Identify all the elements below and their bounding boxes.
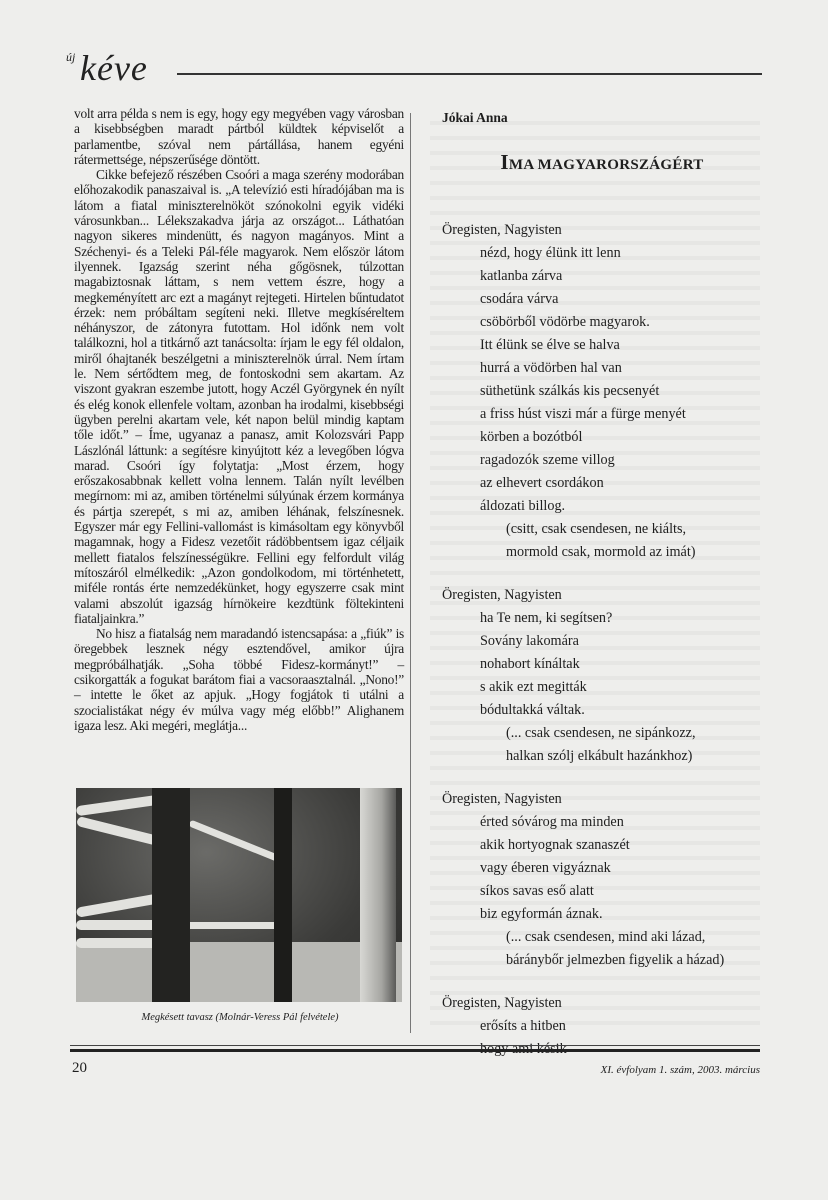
article-paragraph: volt arra példa s nem is egy, hogy egy m… bbox=[74, 106, 404, 167]
poem-line: Sovány lakomára bbox=[442, 630, 762, 653]
poem-line: hurrá a vödörben hal van bbox=[442, 357, 762, 380]
poem-refrain-line: (... csak csendesen, ne sipánkozz, bbox=[442, 722, 762, 745]
poem-title: IMA MAGYARORSZÁGÉRT bbox=[442, 150, 762, 175]
poem-title-rest: MA MAGYARORSZÁGÉRT bbox=[509, 157, 704, 173]
poem-refrain-line: báránybőr jelmezben figyelik a házad) bbox=[442, 949, 762, 972]
left-column-article: volt arra példa s nem is egy, hogy egy m… bbox=[74, 106, 404, 733]
poem-line: erősíts a hitben bbox=[442, 1015, 762, 1038]
poem-line: Öregisten, Nagyisten bbox=[442, 219, 762, 242]
poem-line: körben a bozótból bbox=[442, 426, 762, 449]
photo-figure: Megkésett tavasz (Molnár-Veress Pál felv… bbox=[74, 784, 406, 1014]
poem-refrain-line: (csitt, csak csendesen, ne kiálts, bbox=[442, 518, 762, 541]
poem-line: akik hortyognak szanaszét bbox=[442, 834, 762, 857]
poem-stanza: Öregisten, Nagyisten érted sóvárog ma mi… bbox=[442, 788, 762, 972]
page-number: 20 bbox=[72, 1060, 87, 1077]
poem-title-initial: I bbox=[500, 150, 508, 174]
poem-line: síkos savas eső alatt bbox=[442, 880, 762, 903]
poem-line: a friss húst viszi már a fürge menyét bbox=[442, 403, 762, 426]
poem-line: Öregisten, Nagyisten bbox=[442, 788, 762, 811]
poem-refrain-line: mormold csak, mormold az imát) bbox=[442, 541, 762, 564]
masthead-rule bbox=[177, 73, 762, 75]
snowy-trees-photo bbox=[76, 788, 402, 1002]
poem-line: csodára várva bbox=[442, 288, 762, 311]
poem-line: csöbörből vödörbe magyarok. bbox=[442, 311, 762, 334]
poem-line: ragadozók szeme villog bbox=[442, 449, 762, 472]
masthead: új kéve bbox=[62, 48, 762, 88]
column-divider bbox=[410, 113, 411, 1033]
poem-line: Itt élünk se élve se halva bbox=[442, 334, 762, 357]
poem-line: s akik ezt megitták bbox=[442, 676, 762, 699]
poem-line: ha Te nem, ki segítsen? bbox=[442, 607, 762, 630]
poem-author: Jókai Anna bbox=[442, 110, 762, 126]
poem-line: nézd, hogy élünk itt lenn bbox=[442, 242, 762, 265]
poem-stanza: Öregisten, Nagyisten nézd, hogy élünk it… bbox=[442, 219, 762, 564]
poem-line: az elhevert csordákon bbox=[442, 472, 762, 495]
footer-rule-thin bbox=[70, 1045, 760, 1046]
poem-line: bódultakká váltak. bbox=[442, 699, 762, 722]
footer-rule-thick bbox=[70, 1049, 760, 1052]
article-paragraph: Cikke befejező részében Csoóri a maga sz… bbox=[74, 167, 404, 626]
poem-refrain-line: (... csak csendesen, mind aki lázad, bbox=[442, 926, 762, 949]
masthead-logo: kéve bbox=[80, 48, 148, 88]
poem-stanza: Öregisten, Nagyisten ha Te nem, ki segít… bbox=[442, 584, 762, 768]
poem-refrain-line: halkan szólj elkábult hazánkhoz) bbox=[442, 745, 762, 768]
masthead-small-text: új bbox=[66, 50, 75, 65]
poem-line: katlanba zárva bbox=[442, 265, 762, 288]
photo-caption: Megkésett tavasz (Molnár-Veress Pál felv… bbox=[74, 1012, 406, 1023]
poem-line: nohabort kínáltak bbox=[442, 653, 762, 676]
poem-line: Öregisten, Nagyisten bbox=[442, 992, 762, 1015]
poem-line: biz egyformán áznak. bbox=[442, 903, 762, 926]
poem-line: Öregisten, Nagyisten bbox=[442, 584, 762, 607]
poem-line: érted sóvárog ma minden bbox=[442, 811, 762, 834]
right-column-poem: Jókai Anna IMA MAGYARORSZÁGÉRT Öregisten… bbox=[442, 110, 762, 1081]
article-paragraph: No hisz a fiatalság nem maradandó istenc… bbox=[74, 626, 404, 733]
poem-line: áldozati billog. bbox=[442, 495, 762, 518]
issue-info: XI. évfolyam 1. szám, 2003. március bbox=[601, 1064, 760, 1076]
poem-line: süthetünk szálkás kis pecsenyét bbox=[442, 380, 762, 403]
poem-body: Öregisten, Nagyisten nézd, hogy élünk it… bbox=[442, 219, 762, 1061]
poem-line: vagy éberen vigyáznak bbox=[442, 857, 762, 880]
